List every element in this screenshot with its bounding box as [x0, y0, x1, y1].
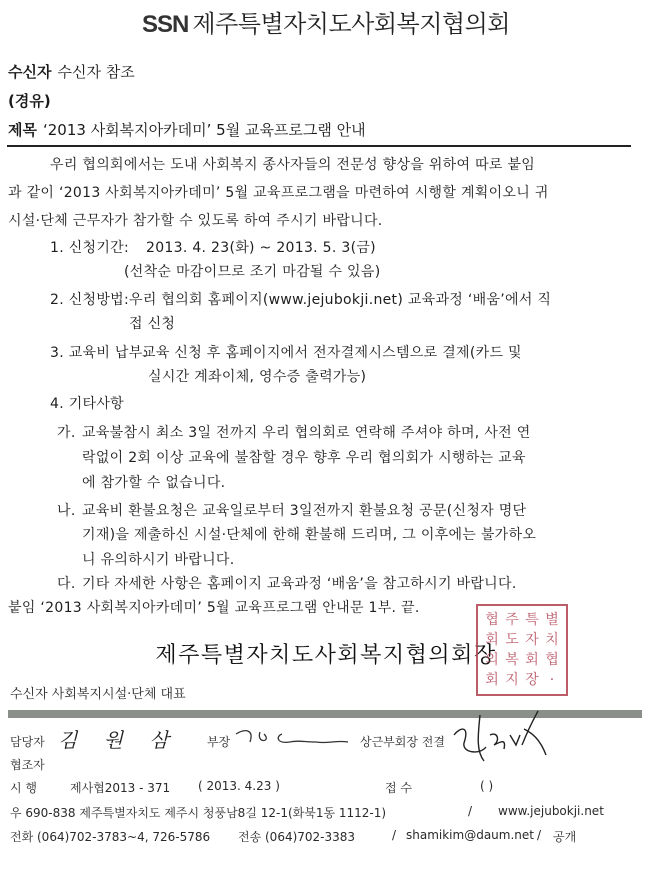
cooperator-label: 협조자: [10, 756, 45, 773]
sub-item-na-line-2: 기재)을 제출하신 시설·단체에 한해 환불해 드리며, 그 이후에는 불가하오: [82, 524, 536, 544]
phone: 전화 (064)702-3783~4, 726-5786: [10, 828, 210, 845]
seal-char: ·: [542, 670, 562, 690]
item-2-line-2: 접 신청: [129, 313, 175, 333]
item-2-label: 2. 신청방법:: [50, 289, 129, 309]
recipient-value: 수신자 참조: [57, 63, 134, 81]
seal-char: 지: [502, 670, 522, 690]
seal-char: 협: [482, 610, 502, 630]
organization-name: 제주특별자치도사회복지협의회: [192, 10, 510, 38]
subject-row: 제목‘2013 사회복지아카데미’ 5월 교육프로그램 안내: [8, 119, 366, 140]
item-4-label: 4. 기타사항: [50, 393, 124, 413]
seal-char: 회: [482, 630, 502, 650]
recipient-row: 수신자수신자 참조: [8, 61, 135, 82]
letterhead: SSN제주특별자치도사회복지협의회: [0, 4, 652, 39]
separator: /: [537, 828, 541, 842]
recipients-line: 수신자 사회복지시설·단체 대표: [10, 683, 186, 702]
document-number: 제사협2013 - 371: [70, 779, 170, 796]
fax: 전송 (064)702-3383: [238, 828, 355, 845]
seal-char: 자: [522, 630, 542, 650]
disclosure-status: 공개: [553, 828, 576, 845]
seal-char: 치: [542, 630, 562, 650]
subject-value: ‘2013 사회복지아카데미’ 5월 교육프로그램 안내: [43, 121, 366, 139]
sub-item-na-line-3: 니 유의하시기 바랍니다.: [82, 549, 235, 569]
receipt-value: ( ): [480, 779, 493, 793]
official-seal: 협 주 특 별 회 도 자 치 의 복 회 협 회 지 장 ·: [476, 604, 568, 696]
seal-char: 회: [522, 650, 542, 670]
intro-line-3: 시설·단체 근무자가 참가할 수 있도록 하여 주시기 바랍니다.: [8, 210, 383, 230]
seal-char: 협: [542, 650, 562, 670]
item-1-label: 1. 신청기간:: [50, 237, 129, 257]
sub-item-na-line-1: 교육비 환불요청은 교육일로부터 3일전까지 환불요청 공문(신청자 명단: [82, 500, 526, 520]
separator: /: [392, 828, 396, 842]
separator: /: [468, 804, 472, 818]
document-date: ( 2013. 4.23 ): [198, 779, 280, 793]
email-link[interactable]: shamikim@daum.net: [406, 828, 534, 842]
ssn-logo: SSN: [142, 11, 188, 38]
website-link[interactable]: www.jejubokji.net: [498, 804, 604, 818]
receipt-label: 접 수: [385, 779, 412, 796]
sub-item-ga-line-1: 교육불참시 최소 3일 전까지 우리 협의회로 연락해 주셔야 하며, 사전 연: [82, 422, 531, 442]
item-1-line-2: (선착순 마감이므로 조기 마감될 수 있음): [124, 261, 380, 281]
staff-label: 담당자: [10, 733, 45, 750]
manager-signature: [232, 722, 352, 750]
item-3-line-1: 교육 신청 후 홈페이지에서 전자결제시스템으로 결제(카드 및: [142, 342, 522, 362]
subject-label: 제목: [8, 121, 37, 139]
via-label: (경유): [8, 92, 51, 110]
item-3-label: 3. 교육비 납부:: [50, 342, 148, 362]
recipient-label: 수신자: [8, 63, 51, 81]
sub-item-na-label: 나.: [57, 500, 76, 520]
sub-item-da-label: 다.: [57, 573, 76, 593]
vp-label: 상근부회장 전결: [360, 733, 445, 750]
item-1-line-1: 2013. 4. 23(화) ~ 2013. 5. 3(금): [146, 237, 376, 257]
address: 우 690-838 제주특별자치도 제주시 청풍남8길 12-1(화북1동 11…: [10, 804, 386, 821]
sub-item-ga-line-3: 에 참가할 수 없습니다.: [82, 472, 225, 492]
staff-signature: 김 원 삼: [58, 724, 179, 753]
manager-label: 부장: [207, 733, 230, 750]
sub-item-ga-line-2: 락없이 2회 이상 교육에 불참할 경우 향후 우리 협의회가 시행하는 교육: [82, 447, 526, 467]
seal-char: 의: [482, 650, 502, 670]
item-2-line-1: 우리 협의회 홈페이지(www.jejubokji.net) 교육과정 ‘배움’…: [129, 289, 551, 309]
item-3-line-2: 실시간 계좌이체, 영수증 출력가능): [148, 366, 366, 386]
intro-line-1: 우리 협의회에서는 도내 사회복지 종사자들의 전문성 향상을 위하여 따로 붙…: [50, 154, 535, 174]
seal-char: 복: [502, 650, 522, 670]
attachment-line: 붙임 ‘2013 사회복지아카데미’ 5월 교육프로그램 안내문 1부. 끝.: [8, 597, 420, 617]
seal-char: 도: [502, 630, 522, 650]
intro-line-2: 과 같이 ‘2013 사회복지아카데미’ 5월 교육프로그램을 마련하여 시행할…: [8, 182, 549, 202]
seal-char: 주: [502, 610, 522, 630]
seal-char: 장: [522, 670, 542, 690]
sub-item-da-line-1: 기타 자세한 사항은 홈페이지 교육과정 ‘배움’을 참고하시기 바랍니다.: [82, 573, 517, 593]
via-row: (경유): [8, 90, 57, 111]
sub-item-ga-label: 가.: [57, 422, 76, 442]
seal-char: 특: [522, 610, 542, 630]
vp-signature: [450, 705, 550, 765]
header-divider: [7, 145, 631, 147]
seal-char: 별: [542, 610, 562, 630]
seal-char: 회: [482, 670, 502, 690]
enforcement-label: 시 행: [10, 779, 37, 796]
